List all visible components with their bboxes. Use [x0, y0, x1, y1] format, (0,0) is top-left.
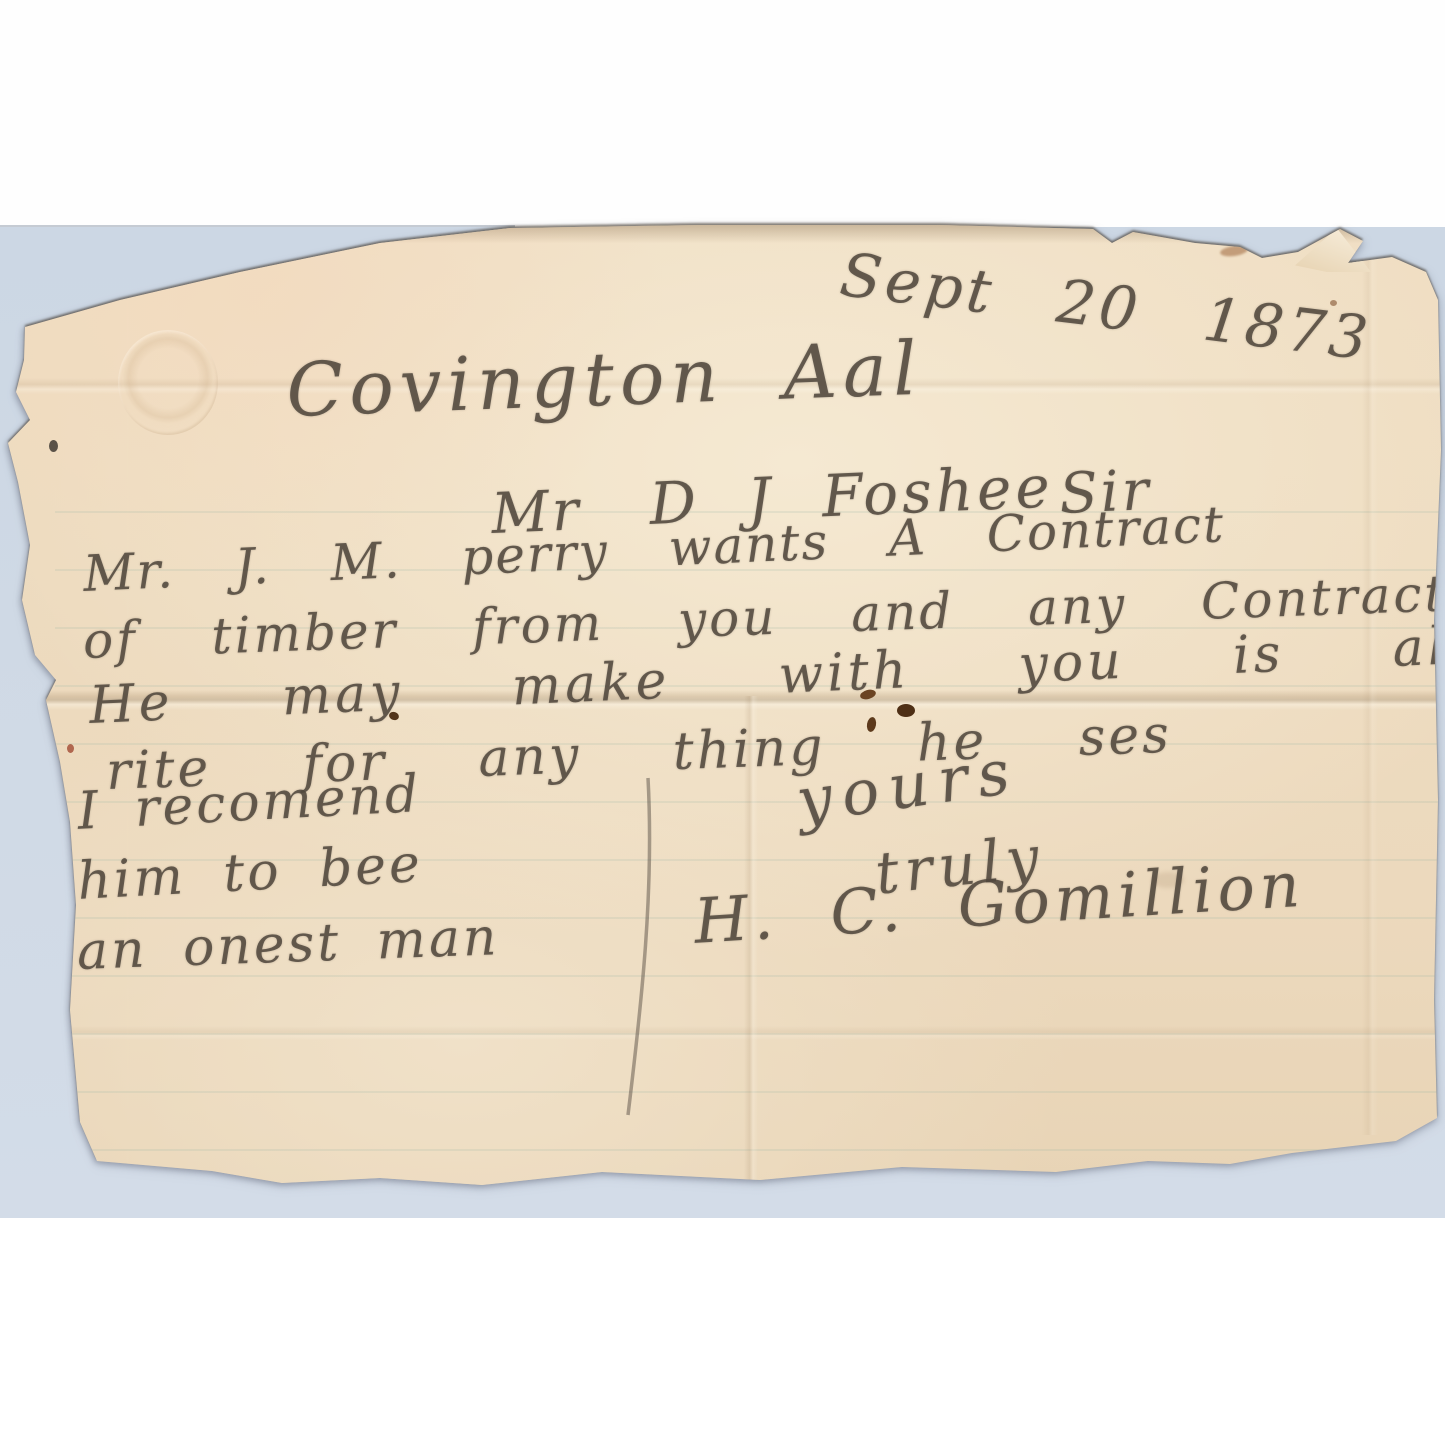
scanned-letter-photo: Sept 20 1873 Covington Aal Mr D J Foshee…	[0, 0, 1445, 1445]
rust-smear	[1219, 244, 1248, 258]
paper-hole	[49, 440, 58, 452]
place-line: Covington Aal	[285, 326, 924, 434]
paper-top-edge-shade	[0, 220, 1445, 246]
torn-corner-flap	[1295, 228, 1371, 272]
fold-crease-lower	[0, 1026, 1445, 1040]
letter-paper: Sept 20 1873 Covington Aal Mr D J Foshee…	[0, 0, 1445, 1445]
rust-spot	[67, 744, 74, 753]
paper-shadow-wrap: Sept 20 1873 Covington Aal Mr D J Foshee…	[0, 0, 1445, 1445]
embossed-seal	[118, 330, 218, 435]
